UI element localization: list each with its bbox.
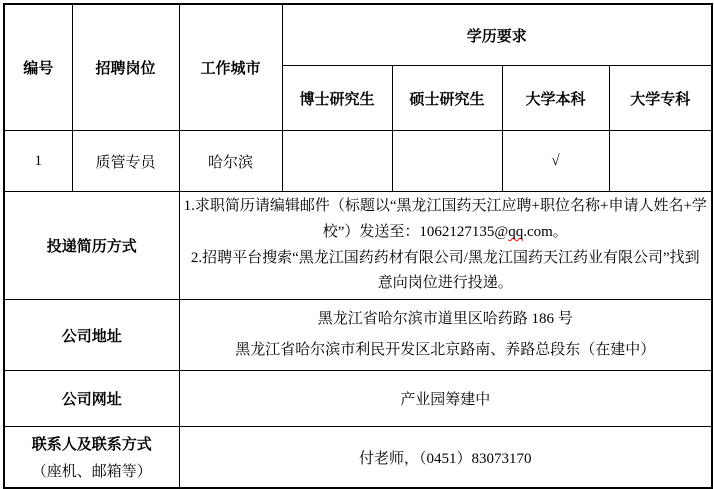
- website-label: 公司网址: [4, 371, 179, 427]
- header-row-top: 编号 招聘岗位 工作城市 学历要求: [4, 4, 712, 66]
- resume-instruction-2: 2.招聘平台搜索“黑龙江国药药材有限公司/黑龙江国药天江药业有限公司”找到意向岗…: [184, 246, 708, 298]
- website-content: 产业园筹建中: [179, 371, 712, 427]
- col-header-bachelor: 大学本科: [502, 66, 609, 131]
- email-spellcheck-wavy: qq: [508, 224, 523, 240]
- section-resume: 投递简历方式 1.求职简历请编辑邮件（标题以“黑龙江国药天江应聘+职位名称+申请…: [4, 192, 712, 300]
- col-header-city: 工作城市: [179, 4, 282, 131]
- contact-content: 付老师，（0451）83073170: [179, 427, 712, 489]
- table-row-job: 1 质管专员 哈尔滨 √: [4, 131, 712, 192]
- address-label: 公司地址: [4, 300, 179, 371]
- resume-label: 投递简历方式: [4, 192, 179, 300]
- job-master-cell: [392, 131, 502, 192]
- bachelor-checkmark: √: [502, 131, 609, 192]
- recruitment-document: 编号 招聘岗位 工作城市 学历要求 博士研究生 硕士研究生 大学本科 大学专科 …: [0, 0, 714, 484]
- resume-content: 1.求职简历请编辑邮件（标题以“黑龙江国药天江应聘+职位名称+申请人姓名+学校”…: [179, 192, 712, 300]
- job-position: 质管专员: [72, 131, 179, 192]
- section-address: 公司地址 黑龙江省哈尔滨市道里区哈药路 186 号 黑龙江省哈尔滨市利民开发区北…: [4, 300, 712, 371]
- contact-label-line2: （座机、邮箱等）: [9, 460, 175, 481]
- resume-line1-suffix: .com。: [523, 224, 568, 240]
- col-header-college: 大学专科: [609, 66, 712, 131]
- job-phd-cell: [282, 131, 392, 192]
- address-line-1: 黑龙江省哈尔滨市道里区哈药路 186 号: [184, 304, 708, 336]
- contact-label: 联系人及联系方式 （座机、邮箱等）: [4, 427, 179, 489]
- section-contact: 联系人及联系方式 （座机、邮箱等） 付老师，（0451）83073170: [4, 427, 712, 489]
- col-header-phd: 博士研究生: [282, 66, 392, 131]
- col-header-position: 招聘岗位: [72, 4, 179, 131]
- contact-label-line1: 联系人及联系方式: [32, 437, 152, 453]
- address-content: 黑龙江省哈尔滨市道里区哈药路 186 号 黑龙江省哈尔滨市利民开发区北京路南、养…: [179, 300, 712, 371]
- address-line-2: 黑龙江省哈尔滨市利民开发区北京路南、养路总段东（在建中）: [184, 335, 708, 367]
- col-header-master: 硕士研究生: [392, 66, 502, 131]
- resume-instruction-1: 1.求职简历请编辑邮件（标题以“黑龙江国药天江应聘+职位名称+申请人姓名+学校”…: [184, 194, 708, 246]
- col-header-education: 学历要求: [282, 4, 712, 66]
- job-college-cell: [609, 131, 712, 192]
- job-city: 哈尔滨: [179, 131, 282, 192]
- recruitment-table: 编号 招聘岗位 工作城市 学历要求 博士研究生 硕士研究生 大学本科 大学专科 …: [3, 3, 713, 489]
- section-website: 公司网址 产业园筹建中: [4, 371, 712, 427]
- col-header-no: 编号: [4, 4, 72, 131]
- resume-line1-text: 1.求职简历请编辑邮件（标题以“黑龙江国药天江应聘+职位名称+申请人姓名+学校”…: [184, 198, 707, 240]
- job-no: 1: [4, 131, 72, 192]
